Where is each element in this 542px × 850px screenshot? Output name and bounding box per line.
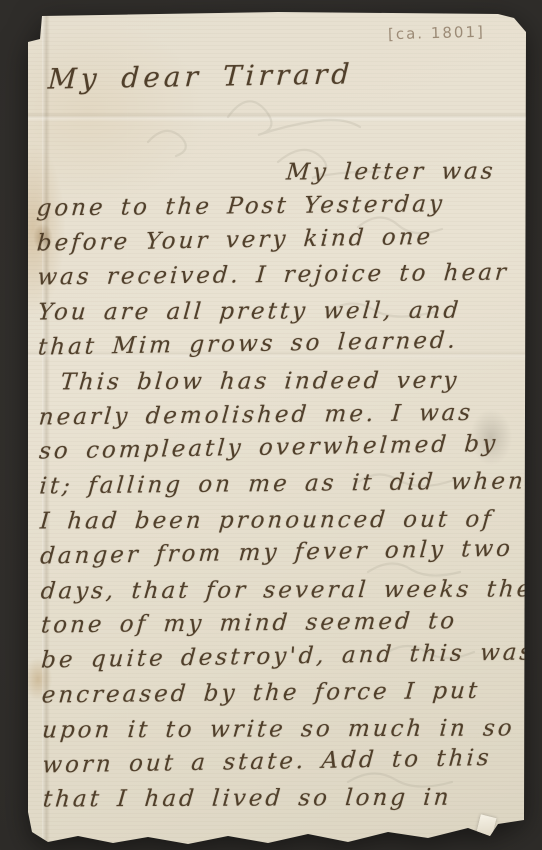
letter-line: that I had lived so long in <box>41 781 526 818</box>
letter-line: that Mim grows so learned. <box>37 322 522 365</box>
letter-line: be quite destroy'd, and this was <box>40 636 525 679</box>
archival-date-annotation: [ca. 1801] <box>388 23 485 44</box>
letter-line: it; falling on me as it did when <box>38 465 523 505</box>
manuscript-page: [ca. 1801] My dear Tirrard My letter was… <box>28 12 526 846</box>
letter-line: This blow has indeed very <box>37 363 522 400</box>
paper-sheet: [ca. 1801] My dear Tirrard My letter was… <box>28 12 526 846</box>
letter-line: worn out a state. Add to this <box>41 740 526 783</box>
letter-line: danger from my fever only two <box>39 531 524 574</box>
torn-edge-highlight <box>476 814 497 839</box>
letter-line: encreased by the force I put <box>40 673 525 713</box>
scan-background: [ca. 1801] My dear Tirrard My letter was… <box>0 0 542 850</box>
letter-line: My letter was <box>35 154 520 191</box>
letter-line: so compleatly overwhelmed by <box>38 427 523 470</box>
letter-line: was received. I rejoice to hear <box>36 256 521 296</box>
letter-line: before Your very kind one <box>36 218 521 261</box>
horizontal-crease <box>28 112 526 122</box>
salutation-line: My dear Tirrard <box>47 57 354 95</box>
letter-body: My letter was gone to the Post Yesterday… <box>35 151 524 817</box>
